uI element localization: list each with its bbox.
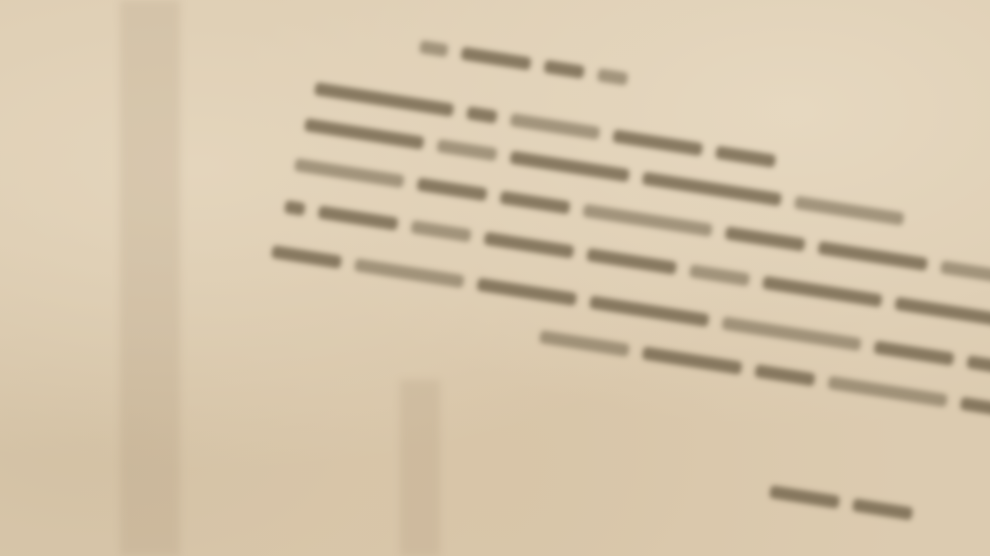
blurred-text-block <box>0 0 990 556</box>
word-shape <box>271 245 342 269</box>
word-shape <box>852 498 913 520</box>
word-shape <box>314 82 454 117</box>
word-shape <box>499 191 570 215</box>
word-shape <box>762 276 883 308</box>
word-shape <box>597 68 629 86</box>
word-shape <box>642 346 743 374</box>
text-line <box>271 245 990 426</box>
word-shape <box>873 341 954 366</box>
word-shape <box>284 200 306 216</box>
word-shape <box>642 172 782 207</box>
word-shape <box>510 113 601 140</box>
text-line <box>539 330 990 422</box>
word-shape <box>509 151 630 183</box>
word-shape <box>715 146 776 168</box>
word-shape <box>582 204 712 237</box>
text-line <box>419 40 628 86</box>
word-shape <box>725 226 806 251</box>
word-shape <box>589 295 710 327</box>
word-shape <box>460 47 531 71</box>
word-shape <box>354 258 465 288</box>
word-shape <box>721 316 861 351</box>
text-line <box>769 485 913 520</box>
word-shape <box>466 106 498 124</box>
word-shape <box>543 60 585 79</box>
word-shape <box>476 278 577 306</box>
word-shape <box>419 40 449 57</box>
word-shape <box>817 241 928 271</box>
word-shape <box>827 376 948 408</box>
word-shape <box>754 364 815 386</box>
word-shape <box>318 205 399 230</box>
word-shape <box>586 248 677 275</box>
word-shape <box>304 118 425 150</box>
word-shape <box>940 260 990 284</box>
word-shape <box>612 129 703 156</box>
word-shape <box>689 264 750 286</box>
word-shape <box>539 330 630 357</box>
word-shape <box>966 355 990 387</box>
word-shape <box>483 232 574 259</box>
word-shape <box>794 196 905 226</box>
word-shape <box>416 177 487 201</box>
word-shape <box>436 139 497 161</box>
word-shape <box>769 485 840 509</box>
word-shape <box>960 397 990 422</box>
word-shape <box>894 297 990 329</box>
word-shape <box>410 220 471 242</box>
word-shape <box>294 158 405 188</box>
